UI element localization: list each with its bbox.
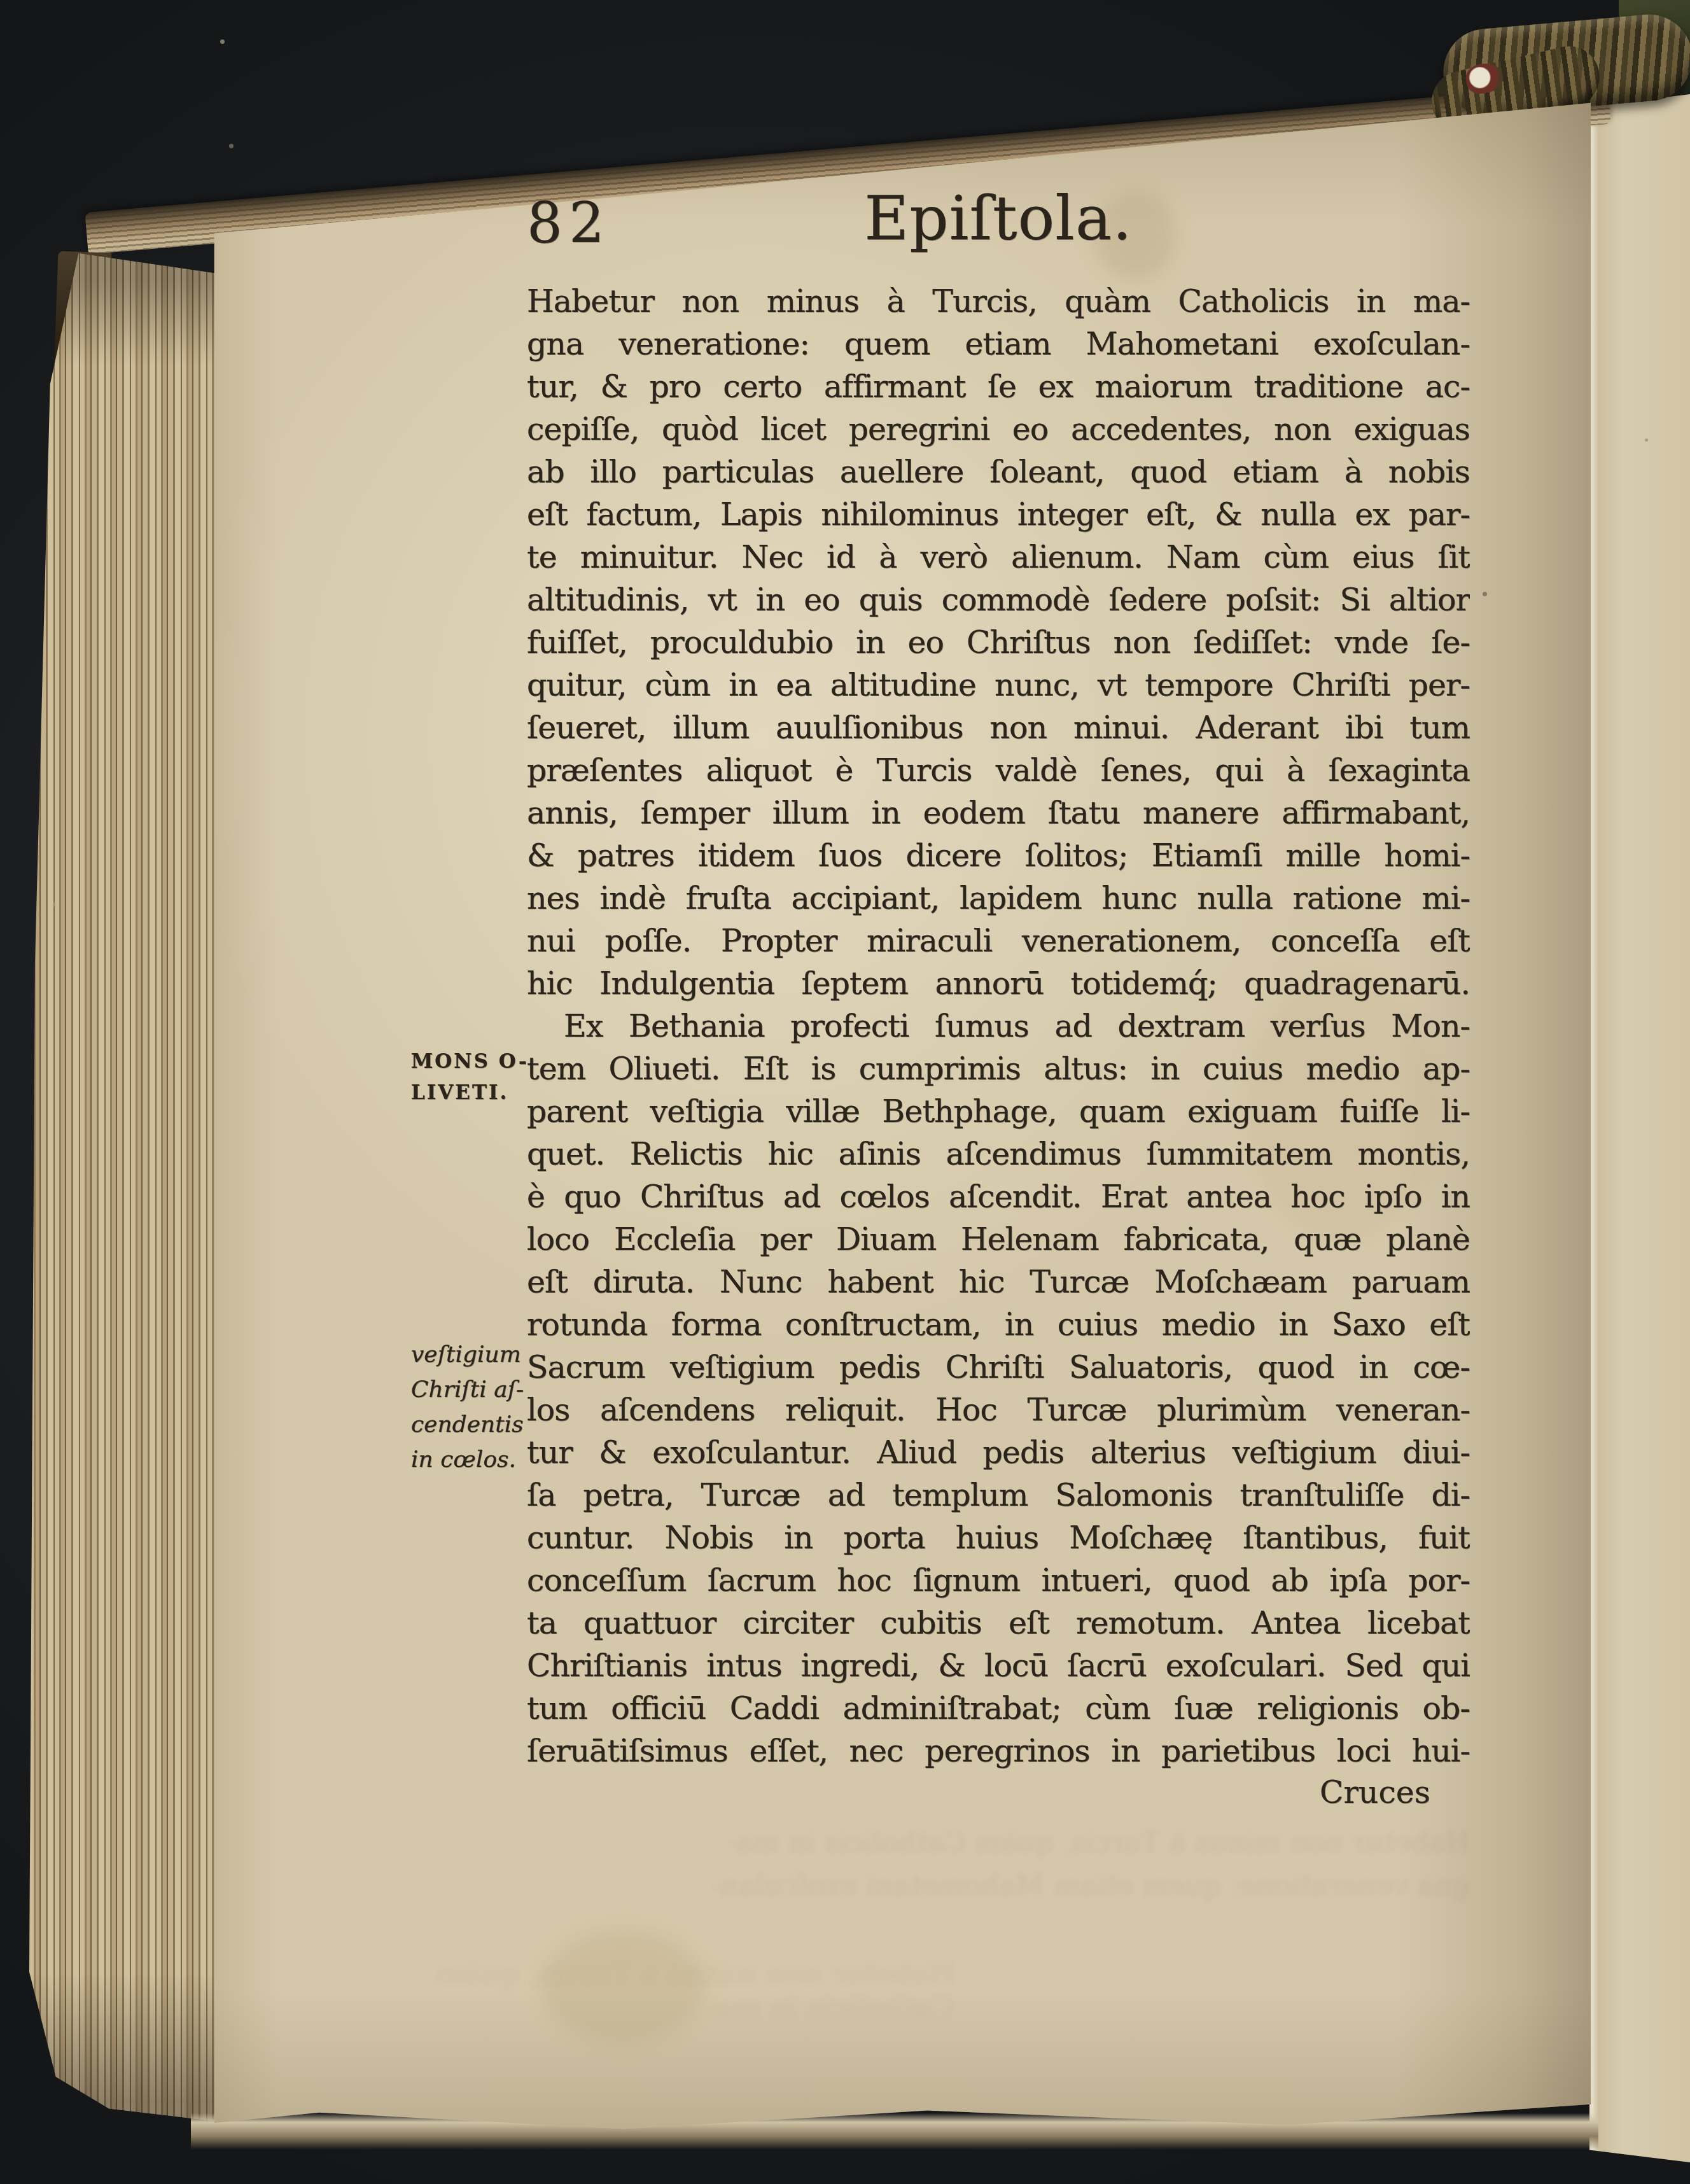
- text-line: tem Oliueti. Eſt is cumprimis altus: in …: [527, 1047, 1470, 1090]
- text-line: loco Eccleſia per Diuam Helenam fabricat…: [527, 1218, 1470, 1261]
- text-line: hic Indulgentia ſeptem annorū totidemq́;…: [527, 962, 1470, 1005]
- scanned-book-photo: Habetur non minus à Turcis, quàm Catholi…: [0, 0, 1690, 2184]
- text-line: tur & exoſculantur. Aliud pedis alterius…: [527, 1431, 1470, 1474]
- text-line: nes indè fruſta accipiant, lapidem hunc …: [527, 877, 1470, 920]
- text-line: tum officiū Caddi adminiſtrabat; cùm ſuæ…: [527, 1687, 1470, 1730]
- margin-note-line: LIVETI.: [411, 1077, 536, 1109]
- text-line: quitur, cùm in ea altitudine nunc, vt te…: [527, 664, 1470, 706]
- text-line: præſentes aliquot è Turcis valdè ſenes, …: [527, 749, 1470, 792]
- text-line: gna veneratione: quem etiam Mahometani e…: [527, 323, 1470, 365]
- text-line: Sacrum veſtigium pedis Chriſti Saluatori…: [527, 1346, 1470, 1389]
- text-line: Habetur non minus à Turcis, quàm Catholi…: [527, 280, 1470, 323]
- ghost-line: Habetur non minus à Turcis, quàm Catholi…: [527, 1821, 1470, 1865]
- dust-specks: [0, 0, 2, 2]
- margin-note-line: MONS O-: [411, 1046, 536, 1077]
- text-line: nui poſſe. Propter miraculi venerationem…: [527, 920, 1470, 962]
- catchword: Cruces: [527, 1773, 1470, 1812]
- text-line: ta quattuor circiter cubitis eſt remotum…: [527, 1602, 1470, 1644]
- margin-note-vestigium-christi: veſtigiumChriſti aſ-cendentisin cœlos.: [411, 1337, 536, 1477]
- page-edge-stack: [29, 253, 219, 2122]
- text-line: ſa petra, Turcæ ad templum Salomonis tra…: [527, 1474, 1470, 1516]
- text-line: los aſcendens reliquit. Hoc Turcæ plurim…: [527, 1389, 1470, 1431]
- margin-note-mons-oliveti: MONS O-LIVETI.: [411, 1046, 536, 1109]
- running-title: Epiſtola.: [527, 183, 1470, 253]
- text-line: quet. Relictis hic aſinis aſcendimus ſum…: [527, 1133, 1470, 1175]
- margin-note-line: Chriſti aſ-: [411, 1372, 536, 1407]
- text-line: tur, & pro certo affirmant ſe ex maiorum…: [527, 365, 1470, 408]
- text-line: ab illo particulas auellere ſoleant, quo…: [527, 451, 1470, 493]
- text-line: Chriſtianis intus ingredi, & locū ſacrū …: [527, 1644, 1470, 1687]
- margin-note-line: veſtigium: [411, 1337, 536, 1372]
- show-through-ghost-text: Habetur non minus à Turcis, quàm Catholi…: [527, 1821, 1470, 1908]
- text-line: cepiſſe, quòd licet peregrini eo acceden…: [527, 408, 1470, 451]
- text-line: ſeueret, illum auulſionibus non minui. A…: [527, 706, 1470, 749]
- margin-note-line: cendentis: [411, 1407, 536, 1442]
- text-line: ſeruātiſsimus eſſet, nec peregrinos in p…: [527, 1730, 1470, 1772]
- show-through-ghost-text: Habetur non minus à Turcis, quàm Catholi…: [382, 1956, 954, 2025]
- body-text: Habetur non minus à Turcis, quàm Catholi…: [527, 280, 1470, 1772]
- text-line: è quo Chriſtus ad cœlos aſcendit. Erat a…: [527, 1175, 1470, 1218]
- adjacent-page-sliver: [1589, 94, 1690, 2162]
- margin-note-line: in cœlos.: [411, 1442, 536, 1477]
- text-line: te minuitur. Nec id à verò alienum. Nam …: [527, 536, 1470, 578]
- text-line: Ex Bethania profecti ſumus ad dextram ve…: [527, 1005, 1470, 1047]
- ghost-line: gna veneratione: quem etiam Mahometani e…: [527, 1865, 1470, 1908]
- text-line: cuntur. Nobis in porta huius Moſchæę ſta…: [527, 1516, 1470, 1559]
- text-line: annis, ſemper illum in eodem ſtatu maner…: [527, 792, 1470, 834]
- text-line: altitudinis, vt in eo quis commodè ſeder…: [527, 578, 1470, 621]
- text-line: eſt diruta. Nunc habent hic Turcæ Moſchæ…: [527, 1261, 1470, 1303]
- text-line: fuiſſet, proculdubio in eo Chriſtus non …: [527, 621, 1470, 664]
- text-line: conceſſum ſacrum hoc ſignum intueri, quo…: [527, 1559, 1470, 1602]
- text-line: & patres itidem ſuos dicere ſolitos; Eti…: [527, 834, 1470, 877]
- text-line: rotunda forma conſtructam, in cuius medi…: [527, 1303, 1470, 1346]
- text-line: eſt factum, Lapis nihilominus integer eſ…: [527, 493, 1470, 536]
- text-line: parent veſtigia villæ Bethphage, quam ex…: [527, 1090, 1470, 1133]
